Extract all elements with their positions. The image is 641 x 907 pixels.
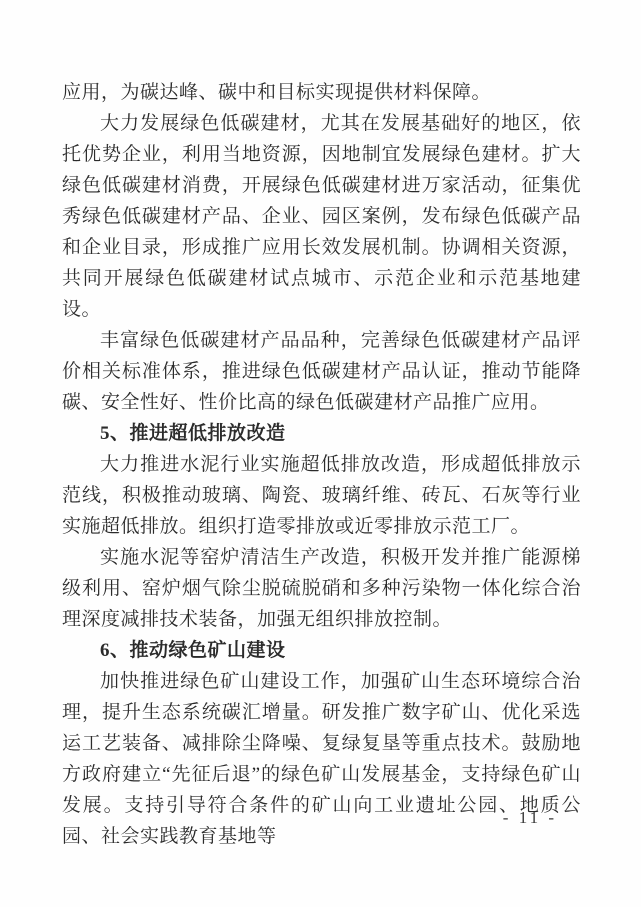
document-page: { "page": { "number_label": "- 11 -", "c… (0, 0, 641, 907)
section-heading: 6、推动绿色矿山建设 (62, 635, 581, 666)
page-number: - 11 - (503, 806, 557, 830)
paragraph: 应用，为碳达峰、碳中和目标实现提供材料保障。 (62, 77, 581, 108)
document-body: 应用，为碳达峰、碳中和目标实现提供材料保障。大力发展绿色低碳建材，尤其在发展基础… (62, 77, 581, 852)
paragraph: 丰富绿色低碳建材产品品种，完善绿色低碳建材产品评价相关标准体系，推进绿色低碳建材… (62, 325, 581, 418)
paragraph: 大力发展绿色低碳建材，尤其在发展基础好的地区，依托优势企业，利用当地资源，因地制… (62, 108, 581, 325)
paragraph: 大力推进水泥行业实施超低排放改造，形成超低排放示范线，积极推动玻璃、陶瓷、玻璃纤… (62, 449, 581, 542)
paragraph: 实施水泥等窑炉清洁生产改造，积极开发并推广能源梯级利用、窑炉烟气除尘脱硫脱硝和多… (62, 542, 581, 635)
page: 应用，为碳达峰、碳中和目标实现提供材料保障。大力发展绿色低碳建材，尤其在发展基础… (0, 0, 641, 907)
section-heading: 5、推进超低排放改造 (62, 418, 581, 449)
